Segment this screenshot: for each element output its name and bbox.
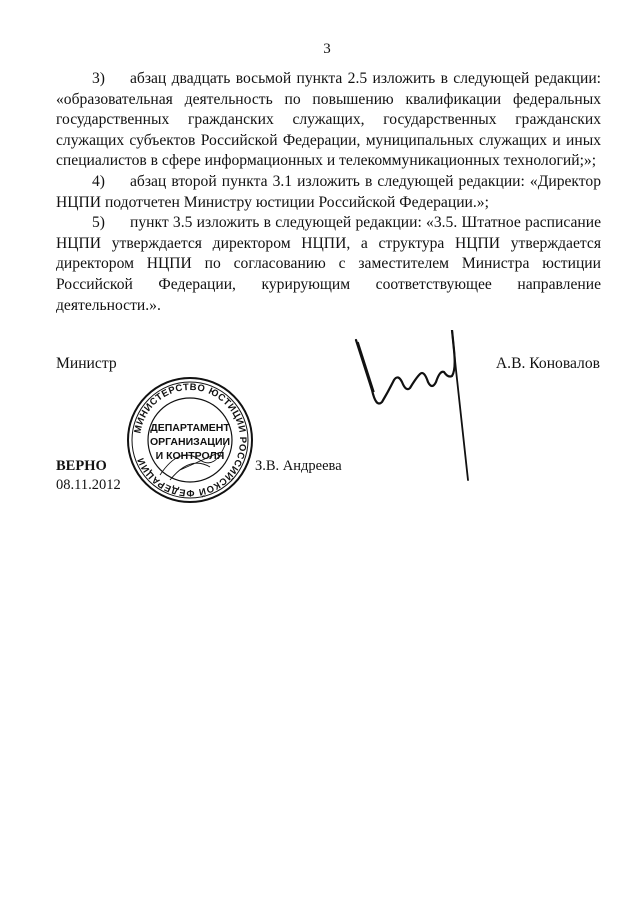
paragraph-text: абзац двадцать восьмой пункта 2.5 изложи… [56,70,601,169]
paragraph-text: пункт 3.5 изложить в следующей редакции:… [56,214,601,313]
paragraph-number: 4) [92,172,130,193]
handwritten-signature-icon [350,330,470,490]
document-body: 3)абзац двадцать восьмой пункта 2.5 изло… [56,69,601,316]
page-number: 3 [0,41,640,58]
signatory-name: А.В. Коновалов [496,355,600,373]
paragraph-4: 4)абзац второй пункта 3.1 изложить в сле… [56,172,601,213]
svg-text:И КОНТРОЛЯ: И КОНТРОЛЯ [156,450,225,462]
certifier-name: З.В. Андреева [255,458,342,475]
svg-text:ДЕПАРТАМЕНТ: ДЕПАРТАМЕНТ [150,422,230,434]
certification-label: ВЕРНО [56,458,107,475]
paragraph-5: 5)пункт 3.5 изложить в следующей редакци… [56,213,601,316]
signatory-position: Министр [56,355,117,373]
paragraph-number: 3) [92,69,130,90]
svg-text:ОРГАНИЗАЦИИ: ОРГАНИЗАЦИИ [150,436,230,448]
paragraph-3: 3)абзац двадцать восьмой пункта 2.5 изло… [56,69,601,172]
certification-date: 08.11.2012 [56,477,121,494]
official-stamp-icon: МИНИСТЕРСТВО ЮСТИЦИИ РОССИЙСКОЙ ФЕДЕРАЦИ… [120,375,260,505]
paragraph-number: 5) [92,213,130,234]
paragraph-text: абзац второй пункта 3.1 изложить в следу… [56,173,601,211]
